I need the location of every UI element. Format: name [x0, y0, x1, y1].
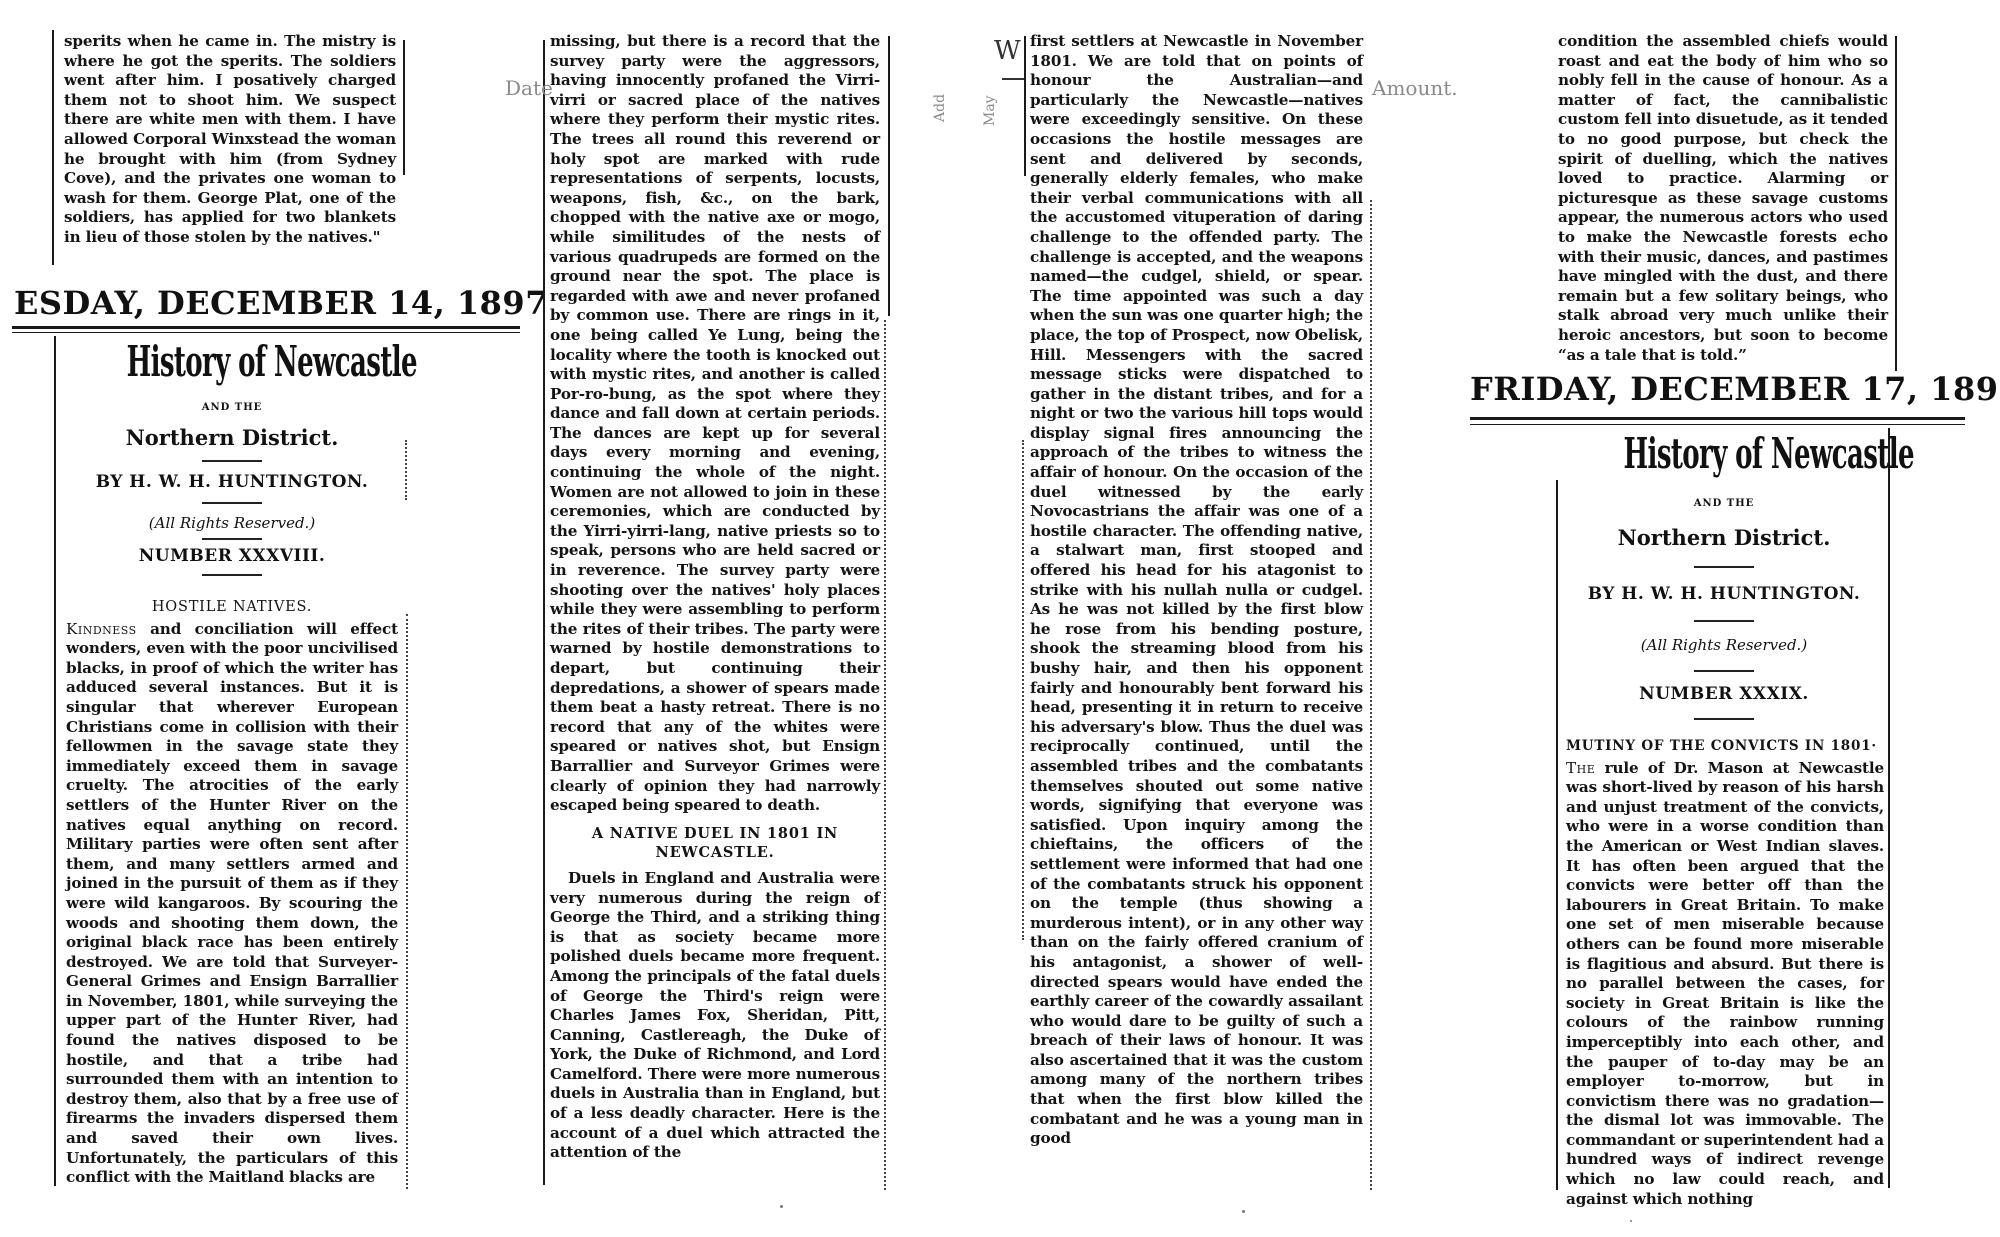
column-2-body: missing, but there is a record that the …	[550, 32, 880, 1163]
divider	[202, 538, 262, 540]
masthead-and-the: AND THE	[62, 402, 402, 413]
masthead-byline: BY H. W. H. HUNTINGTON.	[62, 472, 402, 492]
masthead-1-left-rule	[54, 336, 56, 1186]
section-heading-mutiny: MUTINY OF THE CONVICTS IN 1801·	[1566, 737, 1884, 757]
column-4-top-text: condition the assembled chiefs would roa…	[1558, 32, 1888, 365]
ghost-text-amount: Amount.	[1372, 76, 1458, 100]
masthead-and-the: AND THE	[1562, 498, 1886, 509]
masthead-rights: (All Rights Reserved.)	[1562, 636, 1886, 654]
divider	[1694, 670, 1754, 672]
masthead-1-right-rule	[405, 440, 407, 500]
masthead-byline: BY H. W. H. HUNTINGTON.	[1562, 584, 1886, 604]
column-4-top-right-rule	[1895, 36, 1897, 371]
divider	[202, 502, 262, 504]
paragraph: sperits when he came in. The mistry is w…	[64, 32, 396, 248]
paragraph: first settlers at Newcastle in November …	[1030, 32, 1363, 1149]
column-2-right-rule-lower	[884, 320, 886, 1190]
masthead-rights: (All Rights Reserved.)	[62, 514, 402, 532]
print-speck	[1630, 1220, 1632, 1222]
paragraph: The rule of Dr. Mason at Newcastle was s…	[1566, 759, 1884, 1210]
date-banner-rule	[1470, 417, 1965, 420]
masthead-4-right-rule	[1888, 428, 1890, 1188]
masthead-dec-14: History of Newcastle AND THE Northern Di…	[62, 336, 402, 582]
divider	[202, 574, 262, 576]
column-3-right-rule	[1370, 200, 1372, 1190]
column-3-left-rule-lower	[1022, 440, 1024, 940]
divider	[1694, 566, 1754, 568]
ghost-text-may: May	[982, 95, 998, 126]
column-1-top-text: sperits when he came in. The mistry is w…	[64, 32, 396, 248]
column-4-body: MUTINY OF THE CONVICTS IN 1801· The rule…	[1566, 735, 1884, 1209]
column-1-right-rule	[403, 40, 405, 175]
date-banner-dec-17: FRIDAY, DECEMBER 17, 1897:	[1470, 370, 2000, 408]
masthead-number: NUMBER XXXIX.	[1562, 684, 1886, 704]
column-3-left-rule	[1024, 36, 1026, 176]
masthead-title: History of Newcastle	[1624, 428, 1825, 480]
paragraph: condition the assembled chiefs would roa…	[1558, 32, 1888, 365]
print-speck	[1242, 1210, 1245, 1213]
date-banner-rule-thin	[12, 332, 520, 333]
ghost-text-add: Add	[932, 94, 948, 122]
column-1-body: HOSTILE NATIVES. Kindness and conciliati…	[66, 596, 398, 1188]
lead-word: The	[1566, 759, 1595, 777]
masthead-subtitle: Northern District.	[62, 425, 402, 450]
divider	[1694, 718, 1754, 720]
column-1-left-rule	[52, 30, 54, 265]
date-banner-rule	[12, 326, 520, 329]
section-heading-hostile-natives: HOSTILE NATIVES.	[66, 598, 398, 618]
date-banner-dec-14: ESDAY, DECEMBER 14, 1897	[14, 284, 548, 322]
ghost-text-w: W	[994, 36, 1021, 66]
ghost-rule	[1002, 78, 1024, 80]
column-1-body-right-rule	[406, 614, 408, 1189]
masthead-number: NUMBER XXXVIII.	[62, 546, 402, 566]
divider	[202, 460, 262, 462]
masthead-4-left-rule	[1556, 480, 1558, 1190]
divider	[1694, 620, 1754, 622]
column-2-right-rule	[888, 36, 890, 316]
lead-word: Kindness	[66, 620, 137, 638]
print-speck	[780, 1205, 783, 1208]
masthead-title: History of Newcastle	[127, 336, 338, 388]
masthead-dec-17: History of Newcastle AND THE Northern Di…	[1562, 428, 1886, 728]
paragraph: Duels in England and Australia were very…	[550, 869, 880, 1163]
paragraph: Kindness and conciliation will effect wo…	[66, 620, 398, 1188]
ghost-text-date: Date	[505, 76, 553, 100]
section-heading-native-duel: A NATIVE DUEL IN 1801 IN NEWCASTLE.	[550, 824, 880, 863]
masthead-subtitle: Northern District.	[1562, 525, 1886, 550]
paragraph: missing, but there is a record that the …	[550, 32, 880, 816]
column-3-body: first settlers at Newcastle in November …	[1030, 32, 1363, 1149]
date-banner-rule-thin	[1470, 424, 1965, 425]
column-2-left-rule	[543, 40, 545, 1185]
